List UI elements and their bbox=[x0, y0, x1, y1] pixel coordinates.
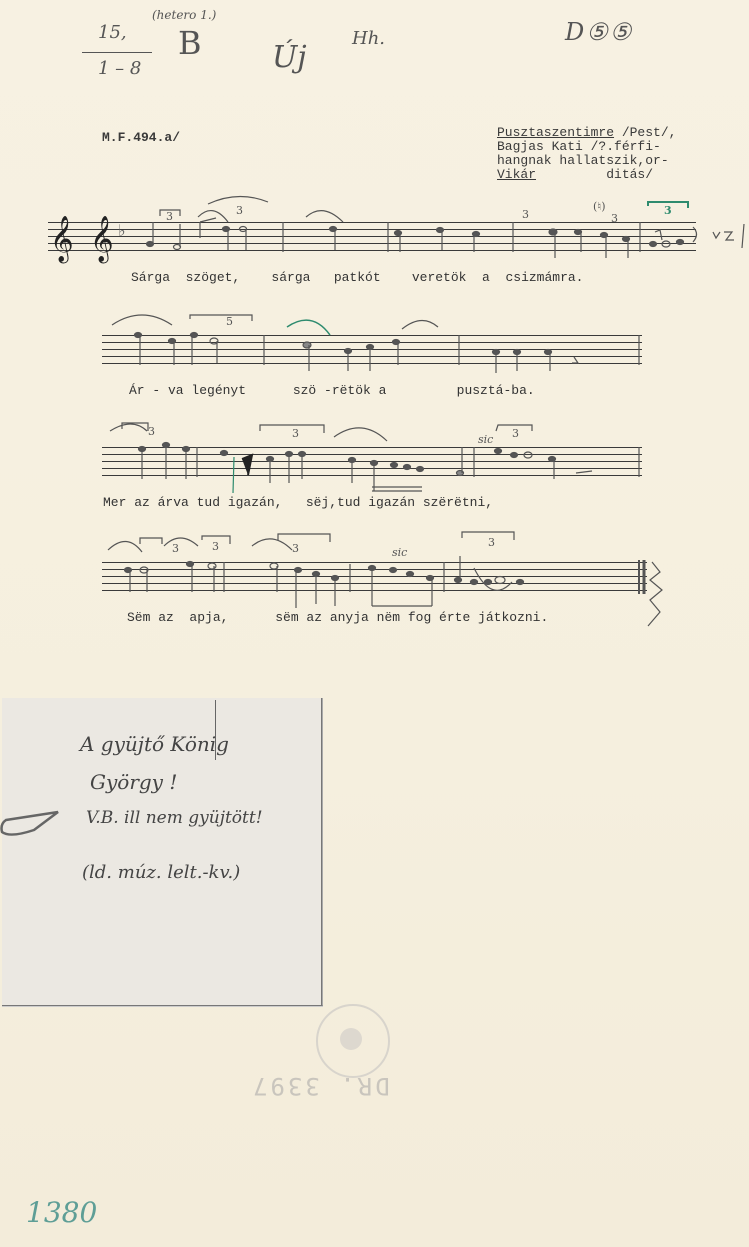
svg-text:3: 3 bbox=[148, 425, 155, 438]
series-letter: B bbox=[178, 24, 202, 62]
fraction-divider bbox=[82, 52, 152, 53]
note-suffix: ditás/ bbox=[536, 167, 653, 182]
source-info: Pusztaszentimre /Pest/, Bagjas Kati /?.f… bbox=[497, 126, 727, 182]
treble-clef-icon: 𝄞 bbox=[90, 216, 114, 264]
note-line: hangnak hallatszik,or- bbox=[497, 154, 727, 168]
svg-text:3: 3 bbox=[664, 204, 672, 217]
uj-mark: Új bbox=[272, 40, 307, 75]
svg-text:5: 5 bbox=[226, 315, 233, 328]
archive-number: DR. 3397 bbox=[250, 1072, 390, 1100]
sic-annotation: sic bbox=[478, 433, 493, 446]
reference-number: M.F.494.a/ bbox=[102, 130, 180, 145]
svg-text:3: 3 bbox=[488, 536, 495, 549]
lyrics-line-2: Ár - va legényt szö -rëtök a pusztá-ba. bbox=[129, 383, 535, 398]
manuscript-page: 15, 1 – 8 (hetero 1.) B Új Hh. D⑤⑤ M.F.4… bbox=[0, 0, 749, 1247]
singer-line: Bagjas Kati /?.férfi- bbox=[497, 140, 727, 154]
note-line-4: (ld. múz. lelt.-kv.) bbox=[82, 862, 240, 883]
catalog-marks: D⑤⑤ bbox=[565, 18, 633, 46]
svg-text:3: 3 bbox=[292, 542, 299, 555]
card-edge bbox=[321, 698, 322, 1005]
collector-name: Vikár bbox=[497, 167, 536, 182]
svg-text:3: 3 bbox=[512, 427, 519, 440]
place-name: Pusztaszentimre bbox=[497, 125, 614, 140]
music-notation: 5 bbox=[102, 305, 647, 375]
bracket-note: (hetero 1.) bbox=[152, 8, 216, 22]
note-line-2: György ! bbox=[90, 770, 177, 794]
svg-text:3: 3 bbox=[212, 540, 219, 553]
svg-text:3: 3 bbox=[166, 210, 173, 223]
inset-note-card: A gyüjtő König György ! V.B. ill nem gyü… bbox=[2, 698, 323, 1006]
lyrics-line-1: Sárga szöget, sárga patkót veretök a csi… bbox=[131, 270, 583, 285]
svg-text:(♮): (♮) bbox=[593, 200, 606, 213]
music-notation: 333 sic bbox=[102, 413, 647, 493]
treble-clef-icon: 𝄞 bbox=[50, 216, 74, 264]
flat-icon: ♭ bbox=[118, 221, 126, 240]
music-notation: 𝄞 𝄞 ♭ bbox=[48, 192, 698, 262]
note-line-1: A gyüjtő König bbox=[80, 732, 229, 756]
paperclip-icon bbox=[0, 808, 70, 848]
lyrics-line-4: Sëm az apja, sëm az anyja nëm fog érte j… bbox=[127, 610, 548, 625]
sic-annotation: sic bbox=[392, 546, 407, 559]
fraction-bottom: 1 – 8 bbox=[98, 58, 141, 79]
svg-text:3: 3 bbox=[292, 427, 299, 440]
svg-text:3: 3 bbox=[172, 542, 179, 555]
place-suffix: /Pest/, bbox=[614, 125, 676, 140]
svg-text:3: 3 bbox=[611, 212, 618, 225]
svg-text:3: 3 bbox=[522, 208, 529, 221]
lyrics-line-3: Mer az árva tud igazán, sëj,tud igazán s… bbox=[103, 495, 493, 510]
page-number: 1380 bbox=[26, 1196, 97, 1229]
note-line-3: V.B. ill nem gyüjtött! bbox=[86, 808, 263, 828]
hh-mark: Hh. bbox=[352, 28, 385, 49]
fraction-top: 15, bbox=[98, 22, 127, 43]
archive-stamp bbox=[316, 1004, 390, 1078]
svg-text:3: 3 bbox=[236, 204, 243, 217]
